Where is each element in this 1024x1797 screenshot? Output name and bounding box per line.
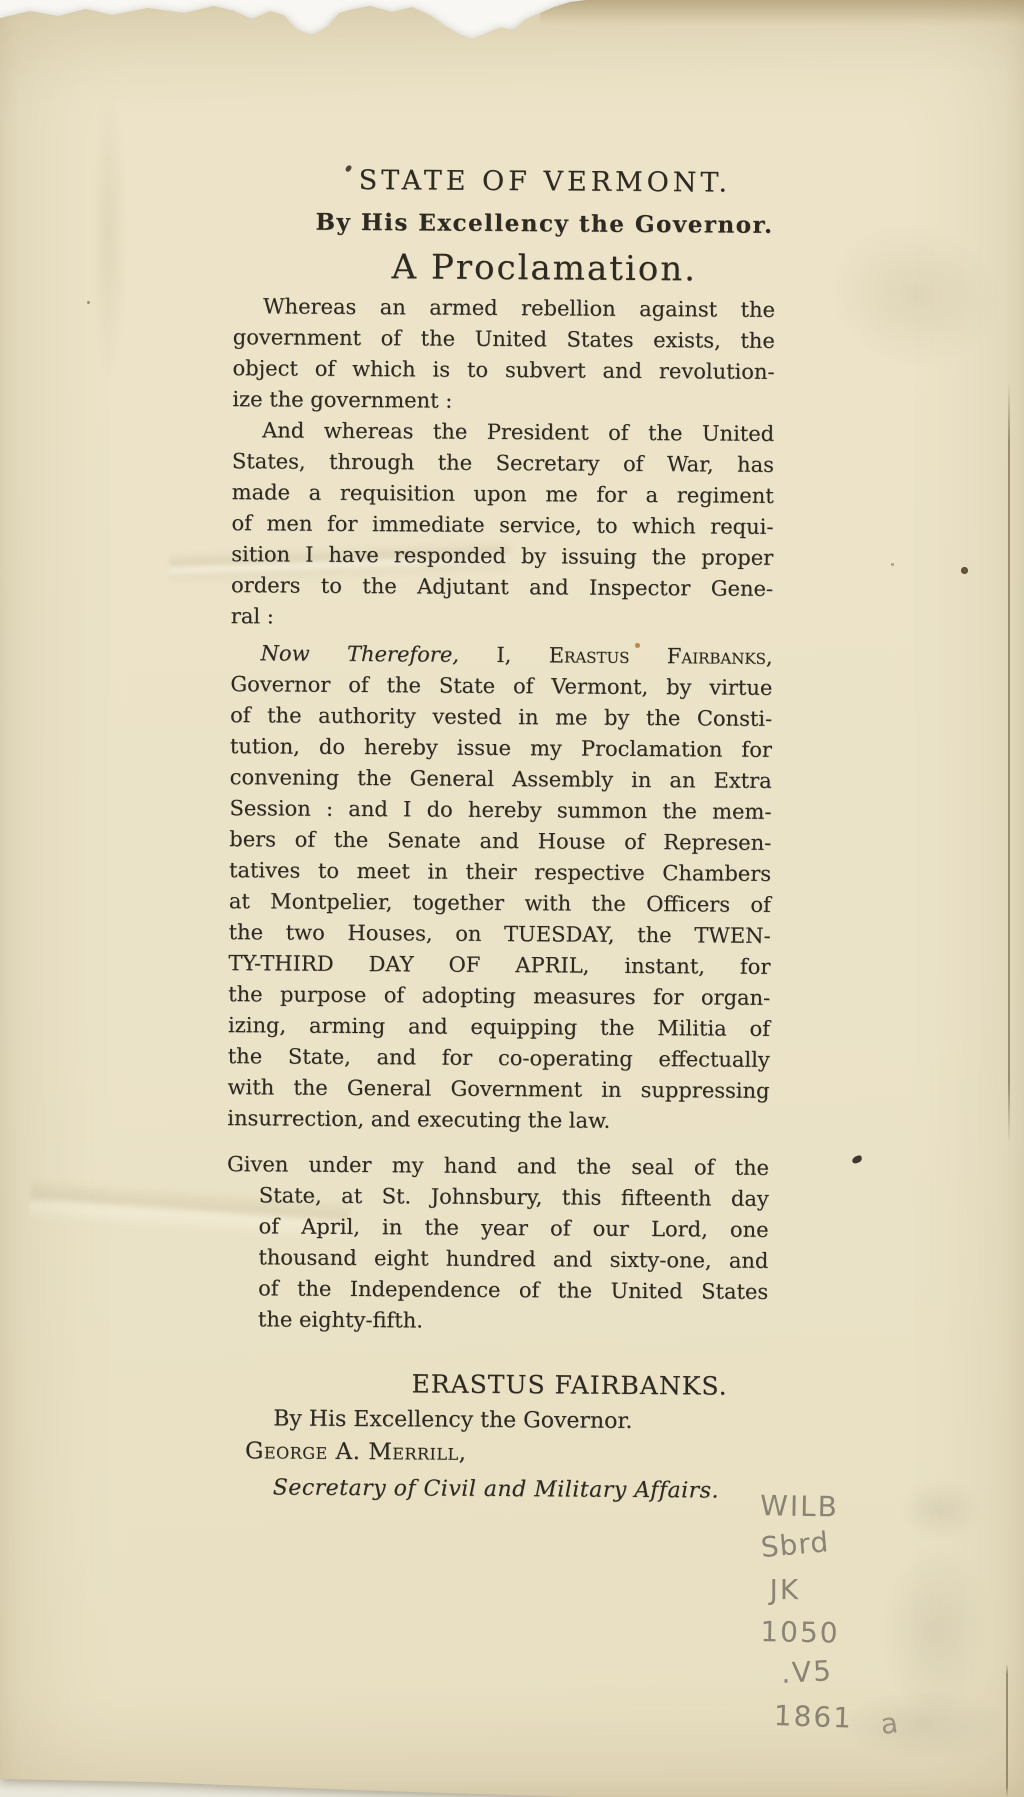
ink-speck <box>87 301 90 304</box>
paper-stain <box>961 567 968 574</box>
now-therefore-italic: Now Therefore, <box>261 641 460 666</box>
paragraph-testimonium-body: Given under my hand and the seal of the … <box>226 1149 769 1308</box>
paragraph-requisition: And whereas the President of the United … <box>231 415 775 636</box>
scan-background: STATE OF VERMONT. By His Excellency the … <box>0 0 1024 1797</box>
paragraph-testimonium: Given under my hand and the seal of the … <box>226 1149 769 1339</box>
now-therefore-lead-line: Now Therefore, I, Erastus Fairbanks, <box>230 638 772 673</box>
document-paper: STATE OF VERMONT. By His Excellency the … <box>0 0 1024 1797</box>
signature-erastus-fairbanks: ERASTUS FAIRBANKS. <box>411 1369 767 1401</box>
proclamation-title: A Proclamation. <box>313 246 775 291</box>
pencil-call-number: WILB Sbrd JK 1050 .V5 1861a <box>756 1483 901 1737</box>
paragraph-requisition-last-line: ral : <box>231 601 773 636</box>
erased-pencil-smudge <box>900 1480 980 1540</box>
pencil-suffix: a <box>878 1702 903 1746</box>
paper-stain <box>891 563 894 566</box>
paragraph-whereas-last-line: ize the government : <box>232 384 774 419</box>
secretary-title: Secretary of Civil and Military Affairs. <box>273 1473 767 1506</box>
pencil-line: .V5 <box>780 1647 900 1695</box>
paragraph-whereas-body: Whereas an armed rebellion against the g… <box>232 291 775 388</box>
now-therefore-plain: I, <box>459 643 549 668</box>
paper-top-edge-shadow <box>540 0 1024 26</box>
secretary-name: George A. Merrill, <box>245 1437 767 1469</box>
paragraph-now-therefore-body: Governor of the State of Vermont, by vir… <box>227 669 772 1107</box>
paper-shadow-wrap: STATE OF VERMONT. By His Excellency the … <box>0 0 1024 1797</box>
document-state-heading: STATE OF VERMONT. <box>314 166 776 199</box>
paragraph-now-therefore: Now Therefore, I, Erastus Fairbanks, Gov… <box>227 638 772 1138</box>
paragraph-requisition-body: And whereas the President of the United … <box>231 415 774 605</box>
paper-crease <box>817 209 1012 381</box>
pencil-line: JK <box>770 1569 898 1611</box>
paragraph-whereas: Whereas an armed rebellion against the g… <box>232 291 775 419</box>
pencil-line: 1861a <box>773 1695 901 1741</box>
proclamation-document: STATE OF VERMONT. By His Excellency the … <box>225 165 776 1507</box>
paper-crease <box>92 90 126 380</box>
pencil-year: 1861 <box>773 1699 853 1735</box>
paragraph-now-therefore-last-line: insurrection, and executing the law. <box>227 1103 769 1138</box>
document-authority-line: By His Excellency the Governor. <box>314 209 776 240</box>
governor-name-smallcaps: Erastus Fairbanks, <box>549 643 773 669</box>
attestation-line: By His Excellency the Governor. <box>273 1405 767 1436</box>
paragraph-testimonium-last-line: the eighty-fifth. <box>226 1304 768 1339</box>
ink-speck <box>851 1155 862 1164</box>
page-edge-line <box>1008 382 1010 1144</box>
